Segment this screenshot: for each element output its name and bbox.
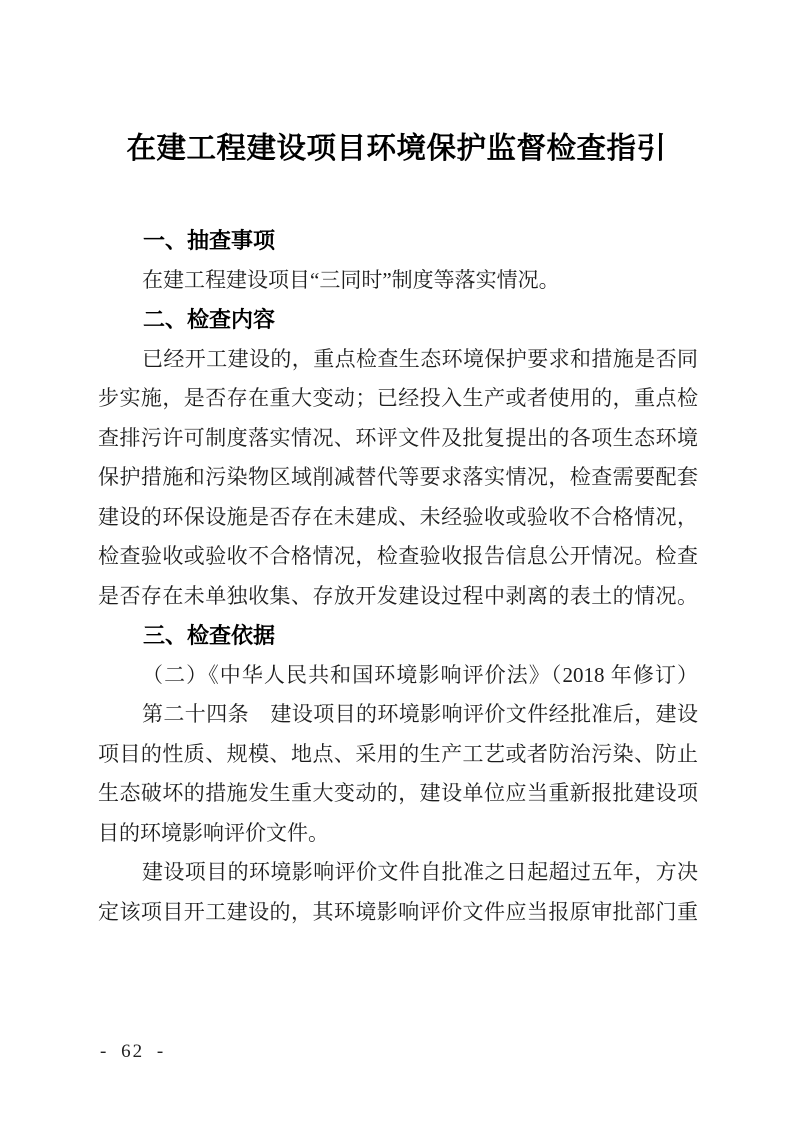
text-line: 在建工程建设项目“三同时”制度等落实情况。 — [98, 261, 698, 301]
document-body: 一、抽查事项在建工程建设项目“三同时”制度等落实情况。二、检查内容已经开工建设的… — [98, 221, 698, 932]
text-line: 已经开工建设的，重点检查生态环境保护要求和措施是否同 — [98, 340, 698, 380]
text-line: 步实施，是否存在重大变动；已经投入生产或者使用的，重点检 — [98, 379, 698, 419]
document-title: 在建工程建设项目环境保护监督检查指引 — [0, 131, 793, 168]
section-heading: 二、检查内容 — [98, 300, 698, 340]
text-line: 第二十四条 建设项目的环境影响评价文件经批准后，建设 — [98, 695, 698, 735]
text-line: 建设项目的环境影响评价文件自批准之日起超过五年，方决 — [98, 853, 698, 893]
text-line: 保护措施和污染物区域削减替代等要求落实情况，检查需要配套 — [98, 458, 698, 498]
document-page: 在建工程建设项目环境保护监督检查指引 一、抽查事项在建工程建设项目“三同时”制度… — [0, 0, 793, 1122]
page-number: - 62 - — [100, 1041, 165, 1063]
text-line: 建设的环保设施是否存在未建成、未经验收或验收不合格情况， — [98, 498, 698, 538]
text-line: 检查验收或验收不合格情况，检查验收报告信息公开情况。检查 — [98, 537, 698, 577]
text-line: 查排污许可制度落实情况、环评文件及批复提出的各项生态环境 — [98, 419, 698, 459]
text-line: 定该项目开工建设的，其环境影响评价文件应当报原审批部门重 — [98, 893, 698, 933]
text-line: 是否存在未单独收集、存放开发建设过程中剥离的表土的情况。 — [98, 577, 698, 617]
text-line: 生态破坏的措施发生重大变动的，建设单位应当重新报批建设项 — [98, 774, 698, 814]
text-line: （二）《中华人民共和国环境影响评价法》（2018 年修订） — [98, 656, 698, 696]
text-line: 目的环境影响评价文件。 — [98, 814, 698, 854]
section-heading: 一、抽查事项 — [98, 221, 698, 261]
text-line: 项目的性质、规模、地点、采用的生产工艺或者防治污染、防止 — [98, 735, 698, 775]
section-heading: 三、检查依据 — [98, 616, 698, 656]
